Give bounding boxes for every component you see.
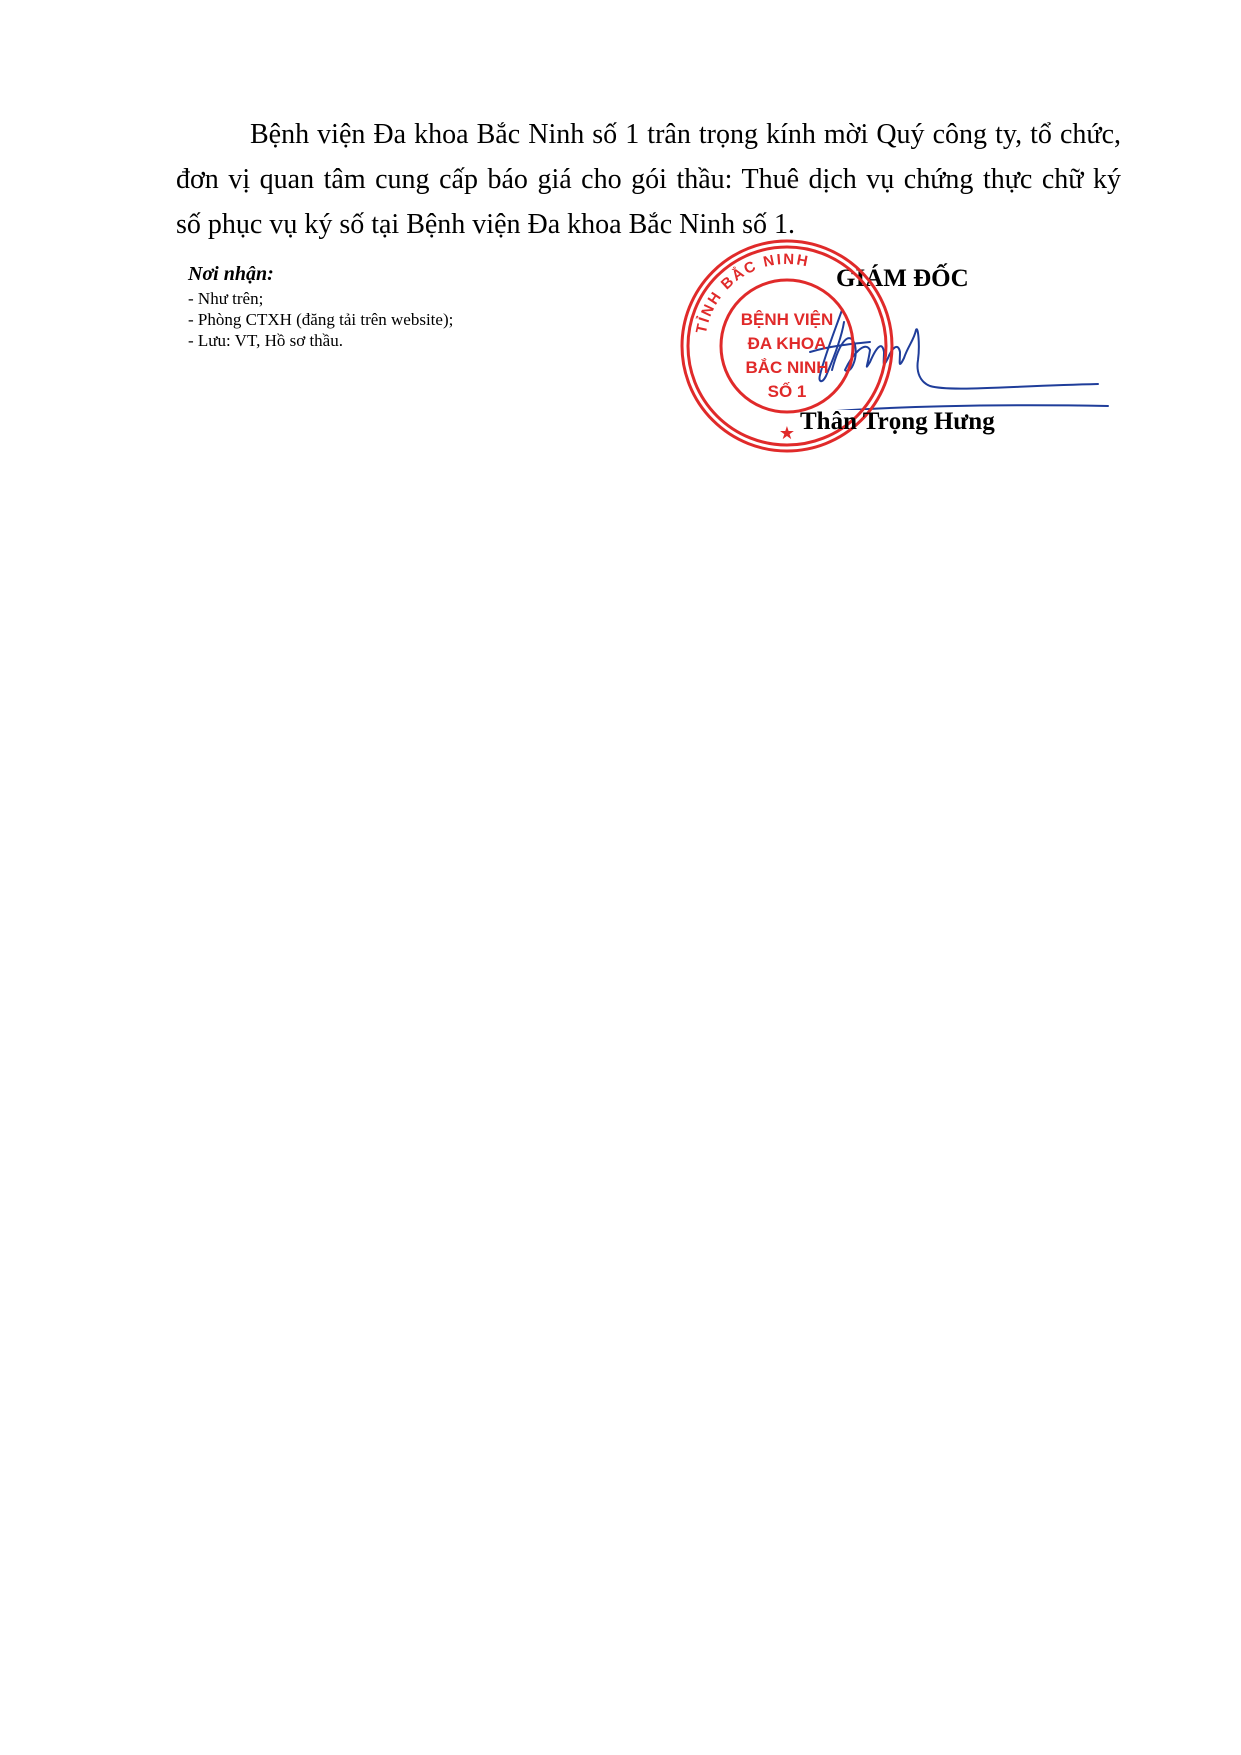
seal-line-2: ĐA KHOA [748,334,827,353]
recipient-item: - Như trên; [188,288,453,309]
recipient-item: - Phòng CTXH (đăng tải trên website); [188,309,453,330]
seal-line-1: BỆNH VIỆN [741,310,834,329]
seal-line-3: BẮC NINH [745,358,828,377]
seal-line-4: SỐ 1 [768,381,807,401]
body-line-2: đơn vị quan tâm cung cấp báo giá cho gói… [176,165,1121,195]
signer-name: Thân Trọng Hưng [800,408,995,436]
recipients-block: Nơi nhận: - Như trên; - Phòng CTXH (đăng… [188,262,453,351]
body-line-1: Bệnh viện Đa khoa Bắc Ninh số 1 trân trọ… [250,120,1121,150]
body-line-3: số phục vụ ký số tại Bệnh viện Đa khoa B… [176,210,1121,240]
seal-star-icon: ★ [779,423,795,443]
recipient-item: - Lưu: VT, Hồ sơ thầu. [188,330,453,351]
recipients-title: Nơi nhận: [188,262,453,286]
